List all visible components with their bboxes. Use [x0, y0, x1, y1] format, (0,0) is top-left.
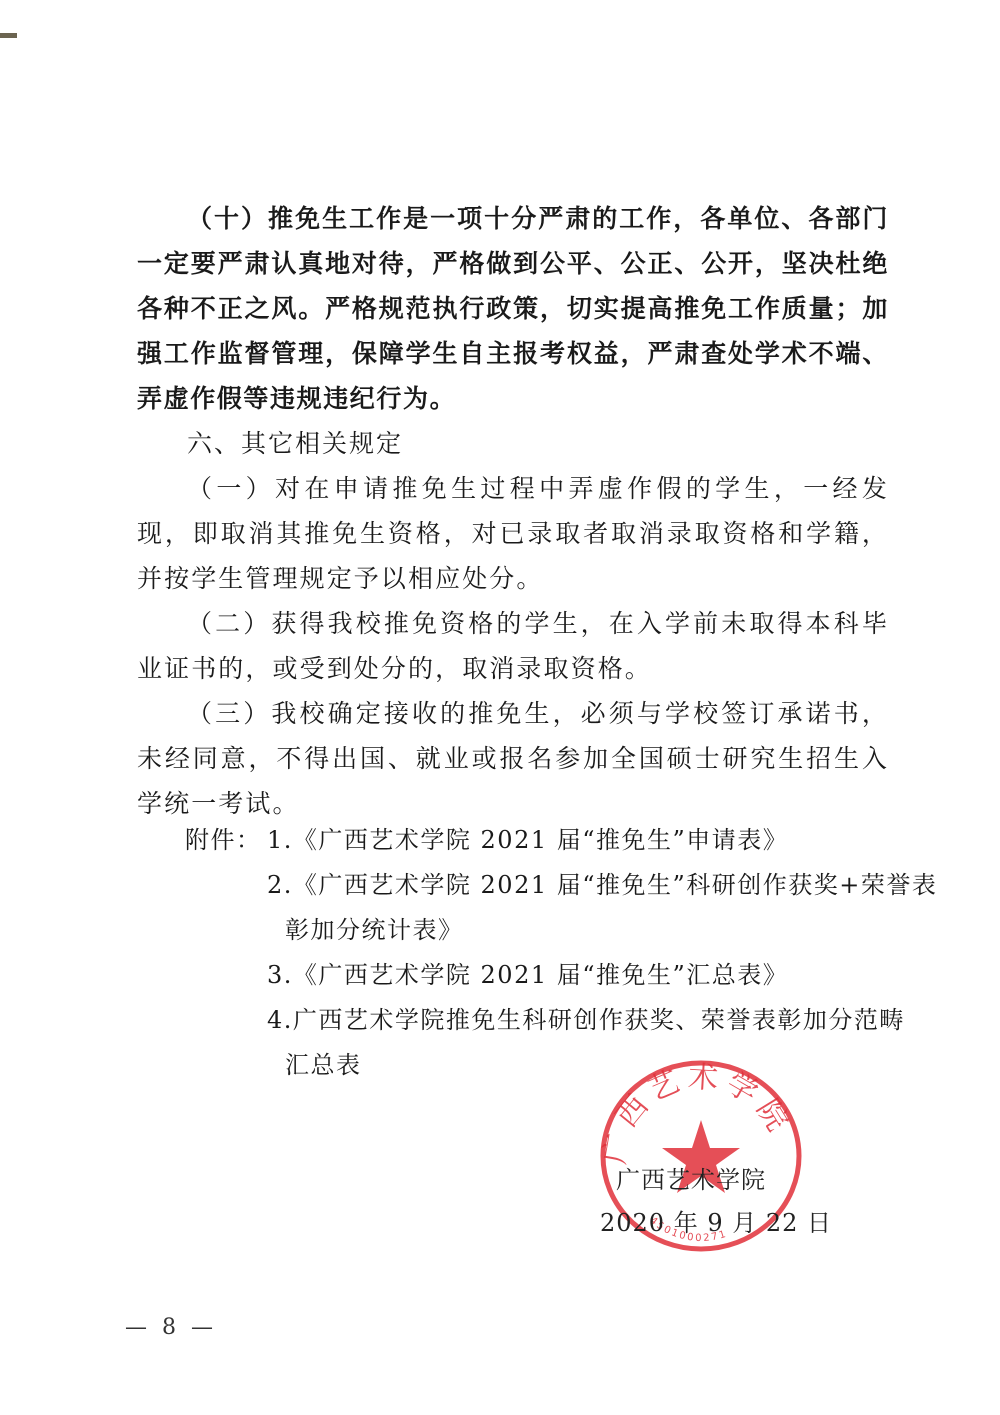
paragraph-section6-item3: （三）我校确定接收的推免生，必须与学校签订承诺书，未经同意，不得出国、就业或报名… [137, 691, 889, 826]
scan-edge-mark [0, 33, 17, 38]
attachment-1: 附件： 1.《广西艺术学院 2021 届“推免生”申请表》 [185, 818, 905, 863]
page-number: — 8 — [125, 1315, 217, 1340]
paragraph-section6-item1: （一）对在申请推免生过程中弄虚作假的学生，一经发现，即取消其推免生资格，对已录取… [137, 466, 889, 601]
attachments-label: 附件： [185, 818, 262, 863]
attachment-3-title: 3.《广西艺术学院 2021 届“推免生”汇总表》 [267, 953, 905, 998]
document-body: （十）推免生工作是一项十分严肃的工作，各单位、各部门一定要严肃认真地对待，严格做… [137, 196, 889, 826]
attachments-list: 附件： 1.《广西艺术学院 2021 届“推免生”申请表》 2.《广西艺术学院 … [185, 818, 905, 1088]
section-heading-other-regulations: 六、其它相关规定 [137, 421, 889, 466]
attachment-2-title-cont: 彰加分统计表》 [285, 908, 905, 953]
attachment-3: 3.《广西艺术学院 2021 届“推免生”汇总表》 [185, 953, 905, 998]
issue-date: 2020 年 9 月 22 日 [600, 1203, 832, 1238]
attachment-4-title-cont: 汇总表 [285, 1043, 905, 1088]
attachment-4-title: 4.广西艺术学院推免生科研创作获奖、荣誉表彰加分范畴 [267, 998, 905, 1043]
attachment-1-title: 1.《广西艺术学院 2021 届“推免生”申请表》 [267, 818, 905, 863]
issuer-signature: 广西艺术学院 [616, 1160, 766, 1195]
paragraph-item-10: （十）推免生工作是一项十分严肃的工作，各单位、各部门一定要严肃认真地对待，严格做… [137, 196, 889, 421]
attachment-2-title: 2.《广西艺术学院 2021 届“推免生”科研创作获奖+荣誉表 [267, 863, 905, 908]
paragraph-section6-item2: （二）获得我校推免资格的学生，在入学前未取得本科毕业证书的，或受到处分的，取消录… [137, 601, 889, 691]
attachment-2: 2.《广西艺术学院 2021 届“推免生”科研创作获奖+荣誉表 彰加分统计表》 [185, 863, 905, 953]
